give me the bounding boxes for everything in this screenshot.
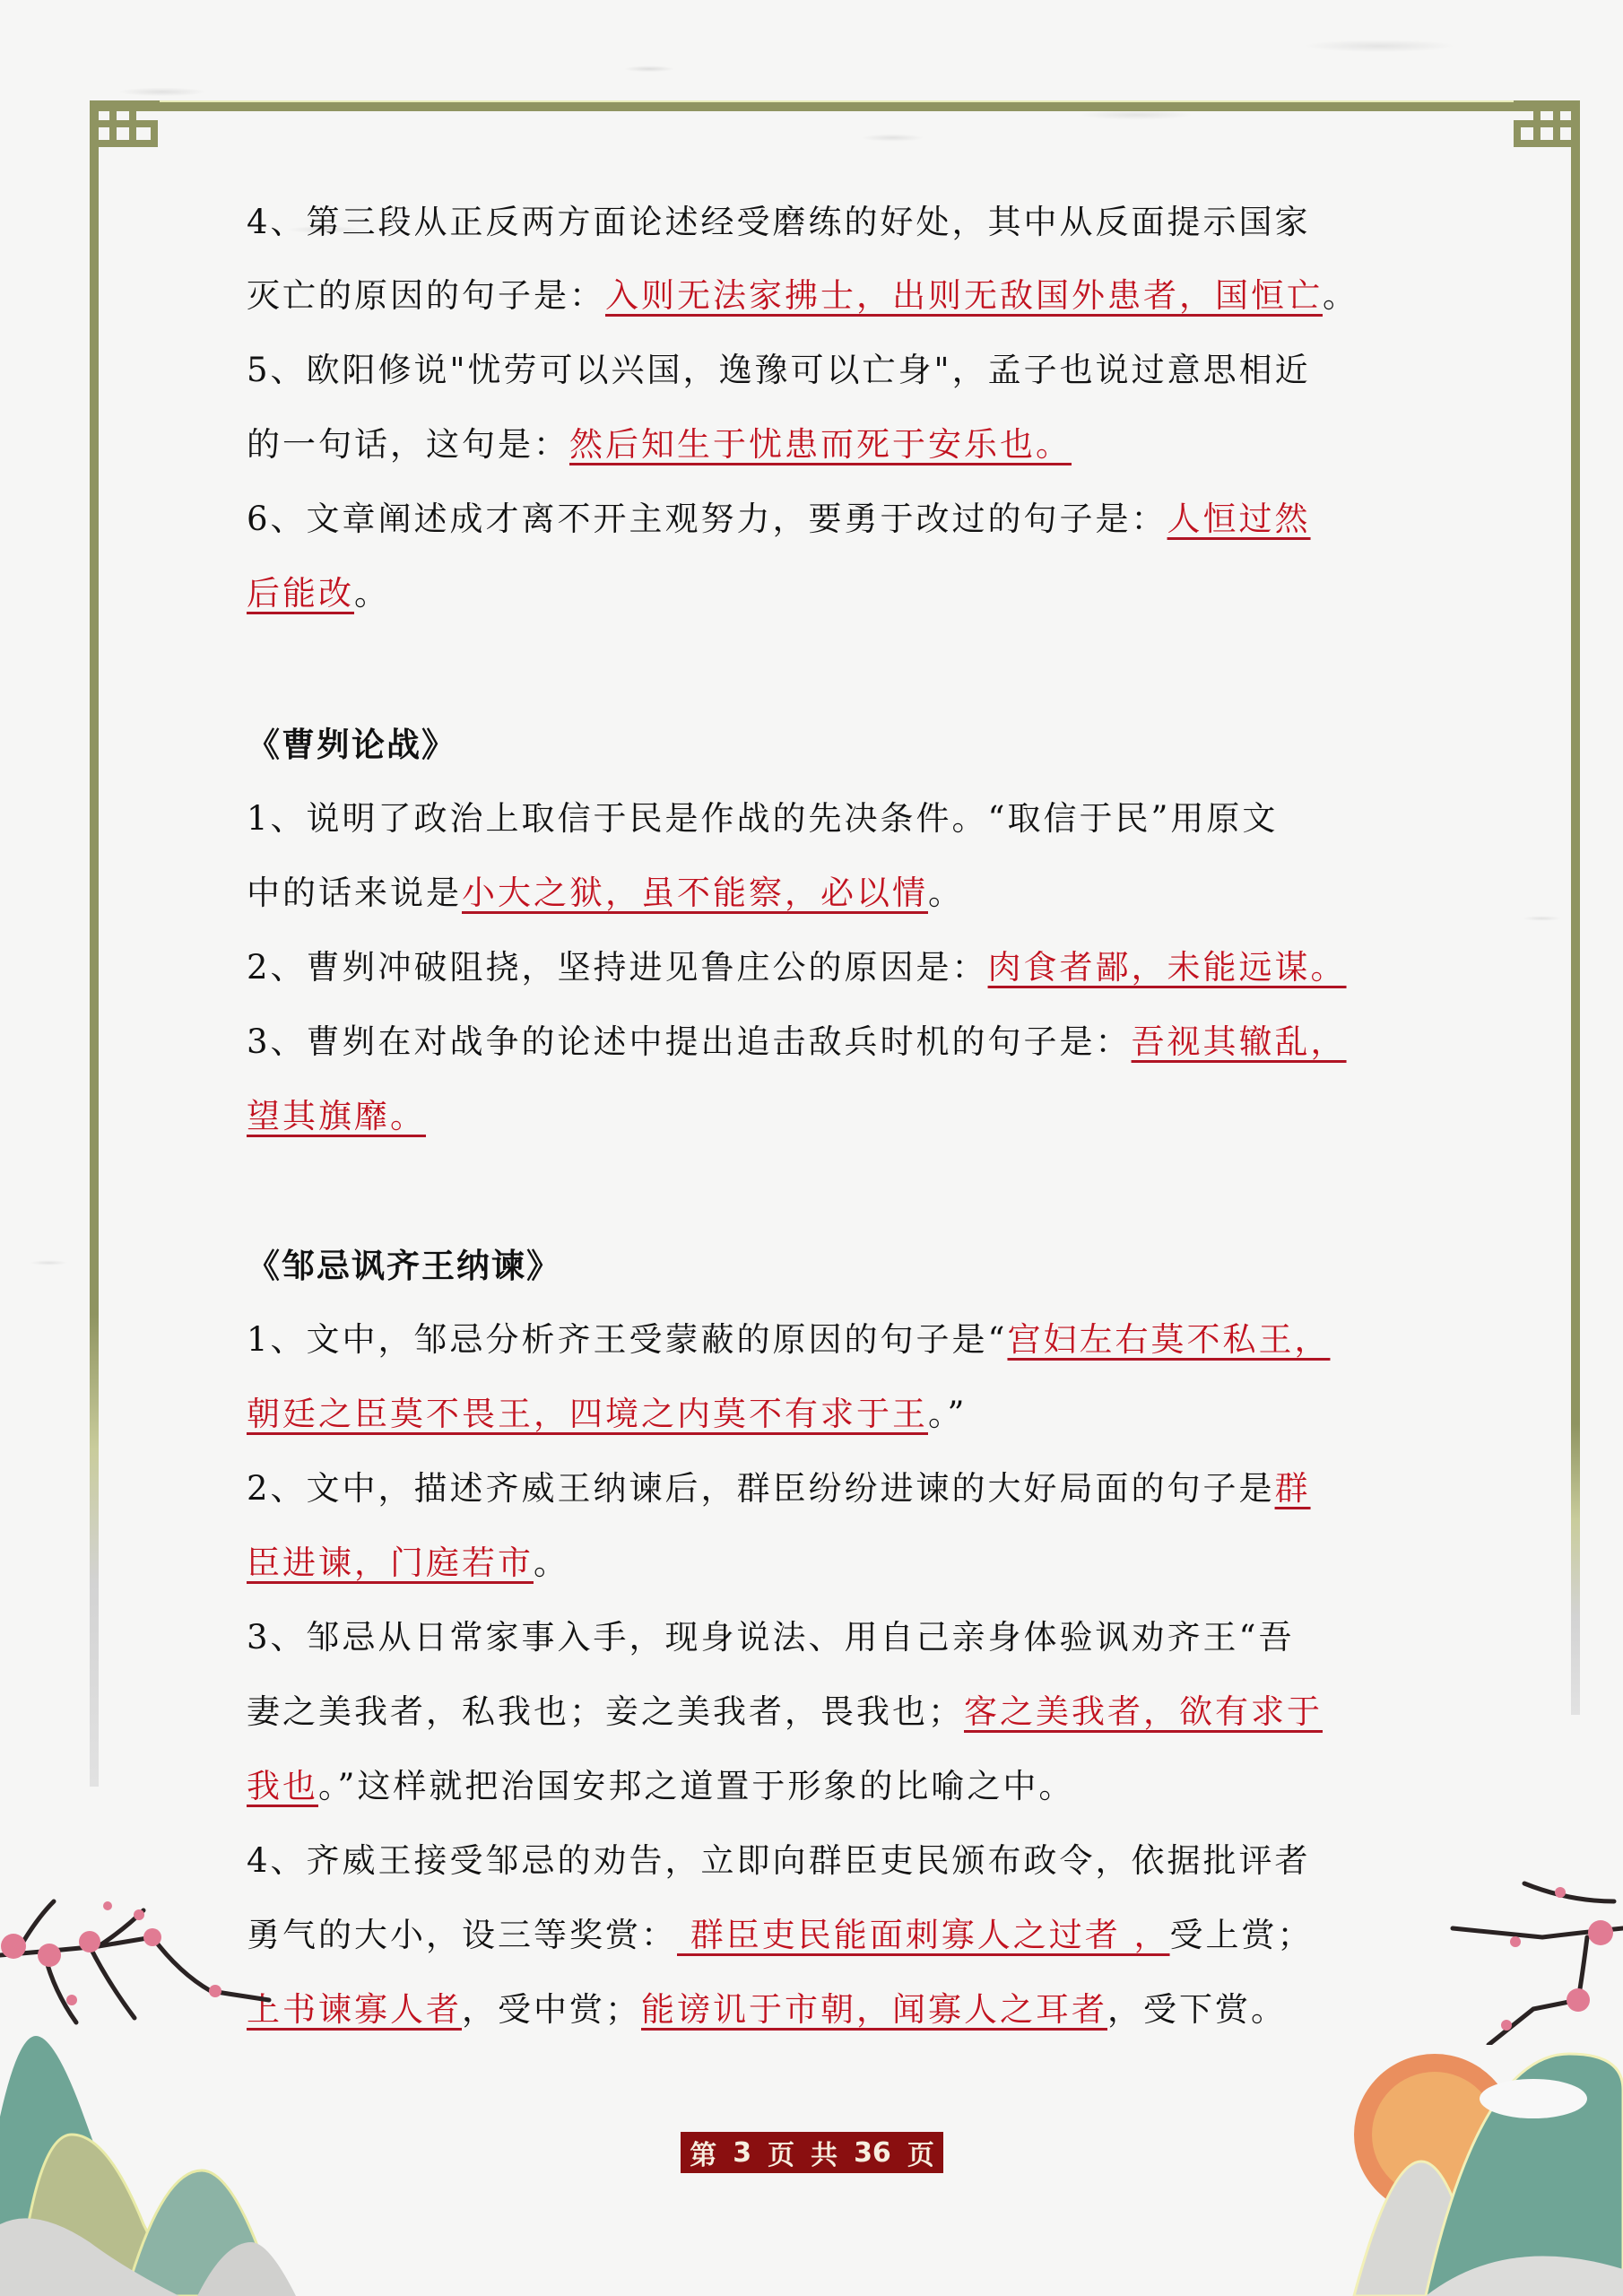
answer-text: 能谤讥于市朝，闻寡人之耳者 <box>641 1990 1107 2029</box>
question-text: 1、文中，邹忌分析齐王受蒙蔽的原因的句子是“ <box>247 1320 1007 1359</box>
question-text: 。” <box>928 1395 967 1433</box>
text-line: 3、曹刿在对战争的论述中提出追击敌兵时机的句子是：吾视其辙乱， <box>247 1015 1376 1069</box>
frame-left-border <box>90 100 99 1787</box>
answer-text: 群臣吏民能面刺寡人之过者 ， <box>677 1916 1170 1954</box>
question-text: 5、欧阳修说"忧劳可以兴国，逸豫可以亡身"，孟子也说过意思相近 <box>247 351 1311 389</box>
text-line: 4、第三段从正反两方面论述经受磨练的好处，其中从反面提示国家 <box>247 196 1376 249</box>
question-text: 受上赏； <box>1170 1916 1314 1954</box>
question-text: 1、说明了政治上取信于民是作战的先决条件。“取信于民”用原文 <box>247 799 1278 838</box>
answer-text: 入则无法家拂士，出则无敌国外患者，国恒亡 <box>605 276 1323 315</box>
total-prefix: 共 <box>811 2133 838 2172</box>
page-suffix: 页 <box>907 2133 934 2172</box>
corner-knot-icon <box>1514 100 1585 172</box>
answer-text: 吾视其辙乱， <box>1132 1022 1347 1061</box>
text-line: 臣进谏，门庭若市。 <box>247 1536 1376 1590</box>
question-text: ，受中赏； <box>462 1990 641 2029</box>
answer-text: 望其旗靡。 <box>247 1097 426 1135</box>
question-text: ，受下赏。 <box>1107 1990 1287 2029</box>
page-prefix: 第 <box>690 2133 716 2172</box>
question-text: 妻之美我者，私我也；妾之美我者，畏我也； <box>247 1692 964 1731</box>
text-line: 朝廷之臣莫不畏王，四境之内莫不有求于王。” <box>247 1387 1376 1441</box>
frame-right-border <box>1571 100 1580 1715</box>
text-line: 后能改。 <box>247 567 1376 621</box>
question-text: 的一句话，这句是： <box>247 425 569 464</box>
answer-text: 然后知生于忧患而死于安乐也。 <box>569 425 1072 464</box>
answer-text: 小大之狱，虽不能察，必以情 <box>462 874 928 912</box>
text-line: 灭亡的原因的句子是：入则无法家拂士，出则无敌国外患者，国恒亡。 <box>247 269 1376 323</box>
answer-text: 臣进谏，门庭若市 <box>247 1544 534 1582</box>
total-pages: 36 <box>854 2137 891 2169</box>
text-line: 1、说明了政治上取信于民是作战的先决条件。“取信于民”用原文 <box>247 792 1376 846</box>
question-text: 中的话来说是 <box>247 874 462 912</box>
answer-text: 宫妇左右莫不私王， <box>1007 1320 1330 1359</box>
page-number-badge: 第 3 页 共 36 页 <box>681 2132 943 2173</box>
question-text: 2、曹刿冲破阻挠，坚持进见鲁庄公的原因是： <box>247 948 988 987</box>
text-line: 的一句话，这句是：然后知生于忧患而死于安乐也。 <box>247 418 1376 472</box>
answer-text: 朝廷之臣莫不畏王，四境之内莫不有求于王 <box>247 1395 928 1433</box>
answer-text: 后能改 <box>247 574 354 613</box>
text-line: 望其旗靡。 <box>247 1090 1376 1144</box>
question-text: 6、文章阐述成才离不开主观努力，要勇于改过的句子是： <box>247 500 1167 538</box>
answer-text: 肉食者鄙，未能远谋。 <box>988 948 1347 987</box>
text-line: 上书谏寡人者，受中赏；能谤讥于市朝，闻寡人之耳者，受下赏。 <box>247 1983 1376 2037</box>
question-text: 。 <box>928 874 964 912</box>
text-line: 4、齐威王接受邹忌的劝告，立即向群臣吏民颁布政令，依据批评者 <box>247 1834 1376 1888</box>
question-text: 4、齐威王接受邹忌的劝告，立即向群臣吏民颁布政令，依据批评者 <box>247 1841 1311 1880</box>
question-text: 3、曹刿在对战争的论述中提出追击敌兵时机的句子是： <box>247 1022 1132 1061</box>
current-page: 3 <box>733 2137 751 2169</box>
text-line: 2、文中，描述齐威王纳谏后，群臣纷纷进谏的大好局面的句子是群 <box>247 1462 1376 1516</box>
question-text: 。 <box>354 574 390 613</box>
answer-text: 客之美我者，欲有求于 <box>964 1692 1323 1731</box>
page-mid: 页 <box>768 2133 794 2172</box>
frame-top-border <box>90 100 1575 111</box>
text-line: 中的话来说是小大之狱，虽不能察，必以情。 <box>247 866 1376 920</box>
answer-text: 我也 <box>247 1767 318 1805</box>
answer-text: 群 <box>1275 1469 1311 1508</box>
question-text: 。”这样就把治国安邦之道置于形象的比喻之中。 <box>318 1767 1074 1805</box>
text-line: 5、欧阳修说"忧劳可以兴国，逸豫可以亡身"，孟子也说过意思相近 <box>247 344 1376 397</box>
sunset-mountains-right-icon <box>1327 2000 1623 2296</box>
section-title: 《邹忌讽齐王纳谏》 <box>247 1239 1376 1292</box>
text-line: 勇气的大小，设三等奖赏： 群臣吏民能面刺寡人之过者 ，受上赏； <box>247 1909 1376 1962</box>
question-text: 灭亡的原因的句子是： <box>247 276 605 315</box>
section-title: 《曹刿论战》 <box>247 717 1376 771</box>
answer-text: 人恒过然 <box>1167 500 1311 538</box>
question-text: 2、文中，描述齐威王纳谏后，群臣纷纷进谏的大好局面的句子是 <box>247 1469 1275 1508</box>
question-text: 4、第三段从正反两方面论述经受磨练的好处，其中从反面提示国家 <box>247 203 1311 241</box>
question-text: 。 <box>534 1544 569 1582</box>
question-text: 3、邹忌从日常家事入手，现身说法、用自己亲身体验讽劝齐王“吾 <box>247 1618 1294 1657</box>
question-text: 。 <box>1323 276 1358 315</box>
text-line: 妻之美我者，私我也；妾之美我者，畏我也；客之美我者，欲有求于 <box>247 1685 1376 1739</box>
text-line: 3、邹忌从日常家事入手，现身说法、用自己亲身体验讽劝齐王“吾 <box>247 1611 1376 1665</box>
text-line: 6、文章阐述成才离不开主观努力，要勇于改过的句子是：人恒过然 <box>247 492 1376 546</box>
text-line: 我也。”这样就把治国安邦之道置于形象的比喻之中。 <box>247 1760 1376 1813</box>
text-line: 1、文中，邹忌分析齐王受蒙蔽的原因的句子是“宫妇左右莫不私王， <box>247 1313 1376 1367</box>
mountains-left-icon <box>0 2009 412 2296</box>
text-line: 2、曹刿冲破阻挠，坚持进见鲁庄公的原因是：肉食者鄙，未能远谋。 <box>247 941 1376 995</box>
corner-knot-icon <box>88 100 160 172</box>
